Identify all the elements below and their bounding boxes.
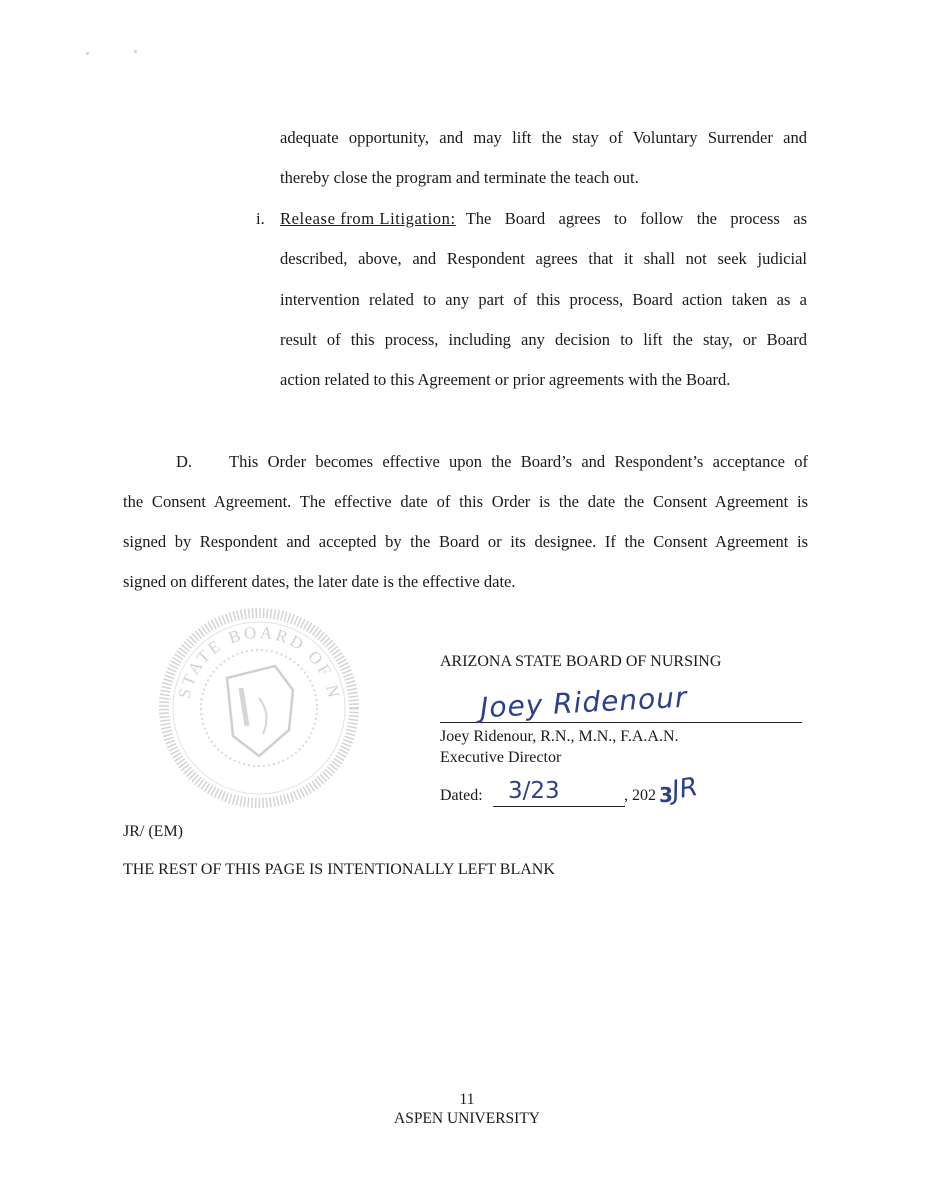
section-d-first-line: This Order becomes effective upon the Bo… [229,452,808,472]
footer-name: ASPEN UNIVERSITY [0,1110,928,1128]
scan-speck [86,52,89,55]
initials-line: JR/ (EM) [123,823,183,841]
item-i-line: intervention related to any part of this… [280,290,807,310]
paragraph-h-line-1: adequate opportunity, and may lift the s… [280,128,807,148]
item-i-heading: Release from Litigation: [280,209,456,229]
handwritten-date: 3/23 [508,778,560,804]
item-i-line: action related to this Agreement or prio… [280,370,730,390]
signer-title: Executive Director [440,749,561,767]
handwritten-signature: Joey Ridenour [479,681,688,725]
section-d-line: signed on different dates, the later dat… [123,572,515,592]
date-line [493,806,625,807]
section-d-line: the Consent Agreement. The effective dat… [123,492,808,512]
item-i-line: result of this process, including any de… [280,330,807,350]
scan-speck [134,50,137,53]
dated-label: Dated: [440,787,483,805]
signature-organization: ARIZONA STATE BOARD OF NURSING [440,653,721,671]
page-number: 11 [0,1091,928,1109]
item-i-line: described, above, and Respondent agrees … [280,249,807,269]
signer-name: Joey Ridenour, R.N., M.N., F.A.A.N. [440,728,679,746]
section-d-line: signed by Respondent and accepted by the… [123,532,808,552]
item-i-marker: i. [256,209,265,229]
board-seal-icon: STATE BOARD OF NURSING [155,608,365,808]
paragraph-h-line-2: thereby close the program and terminate … [280,168,639,188]
year-prefix: , 202 [624,787,656,805]
blank-page-notice: THE REST OF THIS PAGE IS INTENTIONALLY L… [123,861,555,879]
section-d-marker: D. [176,452,192,472]
item-i-first-line-rest: The Board agrees to follow the process a… [466,209,807,229]
handwritten-initials: JR [670,772,701,806]
item-i-first-line: Release from Litigation: The Board agree… [280,209,807,229]
